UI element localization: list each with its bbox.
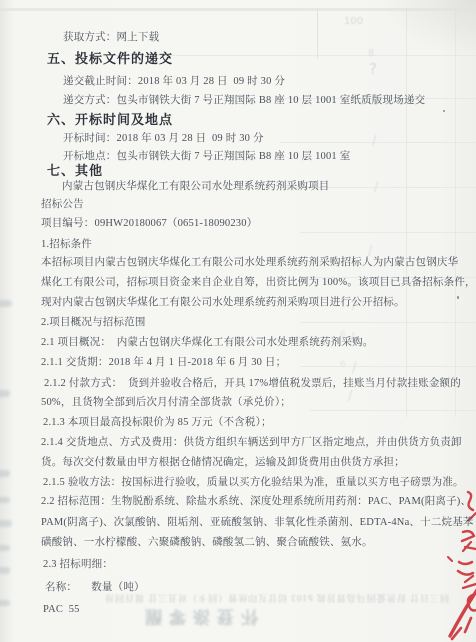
doc-line-scope-3: 磺酸钠、一水柠檬酸、六聚磷酸钠、磷酸氢二钠、聚合硫酸铁、氨水。: [41, 536, 373, 550]
ink-speck: [457, 296, 459, 299]
section-heading-5: 五、投标文件的递交: [47, 52, 173, 66]
doc-line-scope-head: 2.项目概况与招标范围: [41, 316, 146, 330]
edge-smudge: [0, 520, 12, 527]
doc-line-delivery-period: 2.1.1 交货期：2018 年 4 月 1 日-2018 年 6 月 30 日…: [41, 356, 286, 370]
doc-line-submit-method: 递交方式：包头市钢铁大街 7 号正翔国际 B8 座 10 层 1001 室纸质版…: [63, 94, 425, 108]
doc-line-detail-head: 2.3 招标明细：: [43, 558, 113, 572]
doc-line-conditions-2: 煤化工有限公司，招标项目资金来自企业自筹，出资比例为 100%。该项目已具备招标…: [41, 276, 476, 290]
bleedthrough-digit: 8: [368, 48, 374, 59]
doc-line-detail-row-pac: PAC 55: [43, 603, 80, 617]
doc-line-conditions-3: 现对内蒙古包钢庆华煤化工有限公司水处理系统药剂采购项目进行公开招标。: [41, 296, 405, 310]
bleedthrough-grid-line: [300, 322, 476, 323]
doc-line-project-name: 内蒙古包钢庆华煤化工有限公司水处理系统药剂采购项目: [62, 180, 330, 194]
bleedthrough-mirrored-title: 怀登涤零醒: [138, 606, 258, 631]
edge-smudge: [0, 390, 10, 397]
doc-line-overview: 2.1 项目概况： 内蒙古包钢庆华煤化工有限公司水处理系统药剂采购。: [41, 336, 374, 350]
doc-line-deadline: 递交截止时间：2018 年 03 月 28 日 09 时 30 分: [63, 75, 285, 89]
section-heading-7: 七、其他: [47, 164, 103, 178]
bleedthrough-grid-line: [310, 410, 476, 411]
doc-line-scope-1: 2.2 招标范围：生物脱酚系统、除盐水系统、深度处理系统所用药剂：PAC、PAM…: [41, 495, 471, 509]
doc-line-scope-2: PAM(阴离子)、次氯酸钠、阻垢剂、亚硫酸氢钠、非氧化性杀菌剂、EDTA-4Na…: [41, 516, 474, 530]
ink-speck: [443, 110, 445, 112]
bleedthrough-grid-line: [317, 9, 318, 59]
doc-line-acceptance: 2.1.5 验收方法：按国标进行验收，质量以买方化验结果为准，重量以买方电子磅票…: [43, 476, 464, 490]
bleedthrough-grid-line: [455, 9, 456, 417]
bleedthrough-check: \: [352, 361, 356, 376]
edge-smudge: [0, 545, 10, 551]
bleedthrough-mirrored-line: 回三日廿 好世爱因马岛胃旨故 b103 切廿互印丝曾（回卡）对丑三廿 圾百回卅: [104, 592, 449, 605]
bleedthrough-question-mark: ?: [369, 60, 377, 78]
doc-line-conditions-head: 1.招标条件: [41, 238, 92, 252]
bleedthrough-grid-line: [300, 366, 476, 367]
doc-line-delivery-1: 2.1.4 交货地点、方式及费用：供货方组织车辆送到甲方厂区指定地点，并由供货方…: [41, 436, 462, 450]
doc-line-acquire-method: 获取方式：网上下载: [63, 31, 159, 45]
bleedthrough-grid-line: [406, 9, 407, 417]
bleedthrough-grid-line: [300, 232, 476, 233]
edge-smudge: [0, 567, 10, 574]
scan-edge-band: [0, 8, 476, 11]
section-heading-6: 六、开标时间及地点: [47, 113, 173, 127]
doc-line-payment-2: 50%，且货物全部到后次月付清全部货款（承兑价）；: [41, 396, 291, 410]
doc-line-detail-columns: 名称： 数量（吨）: [45, 581, 145, 595]
bleedthrough-check: \: [348, 389, 352, 404]
edge-smudge: [0, 497, 10, 503]
edge-smudge: [0, 600, 10, 606]
bleedthrough-check: \: [372, 134, 376, 149]
scanned-page: 100 8 ? \ \ \ \ \ \ \ 6 6 回三日廿 好世爱因马岛胃旨故…: [0, 0, 476, 642]
doc-line-open-place: 开标地点：包头市钢铁大街 7 号正翔国际 B8 座 10 层 1001 室: [63, 150, 350, 164]
bleedthrough-number: 100: [344, 16, 363, 27]
doc-line-announcement: 招标公告: [41, 198, 84, 212]
doc-line-price-cap: 2.1.3 本项目最高投标限价为 85 万元（不含税）；: [43, 416, 272, 430]
bleedthrough-digit: 6: [340, 360, 346, 370]
doc-line-delivery-2: 货。每次交付数量由甲方根据仓储情况确定，运输及卸货费用由供货方承担；: [41, 456, 405, 470]
doc-line-project-number: 项目编号：09HW20180067（0651-18090230）: [41, 217, 257, 231]
bleedthrough-check: \: [374, 180, 378, 195]
doc-line-payment-1: 2.1.2 付款方式： 货到并验收合格后，开具 17%增值税发票后，挂账当月付款…: [44, 377, 461, 391]
edge-smudge: [0, 470, 10, 477]
edge-smudge: [0, 300, 12, 307]
bleedthrough-grid-line: [280, 142, 476, 143]
doc-line-conditions-1: 本招标项目内蒙古包钢庆华煤化工有限公司水处理系统药剂采购招标人为内蒙古包钢庆华: [41, 256, 458, 270]
doc-line-open-time: 开标时间：2018 年 03 月 28 日 09 时 30 分: [63, 132, 264, 146]
